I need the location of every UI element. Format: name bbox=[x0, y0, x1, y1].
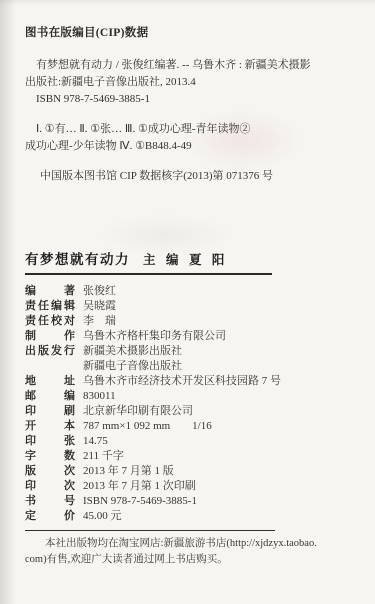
cip-description: 有梦想就有动力 / 张俊红编著. -- 乌鲁木齐 : 新疆美术摄影 出版社:新疆… bbox=[25, 57, 355, 108]
colophon-label: 定价 bbox=[25, 509, 75, 524]
colophon-label: 出版发行 bbox=[25, 344, 75, 359]
colophon-value: 北京新华印刷有限公司 bbox=[83, 404, 193, 419]
colophon-label: 编著 bbox=[25, 284, 75, 299]
colophon-value: 211 千字 bbox=[83, 449, 124, 464]
colophon-row: 书号 ISBN 978-7-5469-3885-1 bbox=[25, 494, 355, 509]
colophon-label: 书号 bbox=[25, 494, 75, 509]
title-row: 有梦想就有动力 主 编 夏 阳 bbox=[25, 248, 272, 275]
colophon-row: 新疆电子音像出版社 bbox=[25, 359, 355, 374]
colophon-list: 编著 张俊红 责任编辑 吴晓霞 责任校对 李 瑞 制作 乌鲁木齐格杆集印务有限公… bbox=[25, 284, 355, 524]
cip-section: 图书在版编目(CIP)数据 有梦想就有动力 / 张俊红编著. -- 乌鲁木齐 :… bbox=[25, 24, 355, 185]
footer-divider bbox=[25, 530, 275, 531]
colophon-label: 责任校对 bbox=[25, 314, 75, 329]
colophon-value: 张俊红 bbox=[83, 284, 116, 299]
cip-description-line2: 出版社:新疆电子音像出版社, 2013.4 bbox=[25, 74, 355, 91]
colophon-row: 字数 211 千字 bbox=[25, 449, 355, 464]
colophon-label: 印张 bbox=[25, 434, 75, 449]
colophon-value: 14.75 bbox=[83, 434, 108, 449]
colophon-value: 吴晓霞 bbox=[83, 299, 116, 314]
cip-classification: Ⅰ. ①有… Ⅱ. ①张… Ⅲ. ①成功心理-青年读物② 成功心理-少年读物 Ⅳ… bbox=[25, 121, 355, 155]
colophon-value: 830011 bbox=[83, 389, 116, 404]
colophon-row: 印张 14.75 bbox=[25, 434, 355, 449]
book-title: 有梦想就有动力 bbox=[25, 248, 130, 268]
colophon-label bbox=[25, 359, 75, 374]
colophon-row: 编著 张俊红 bbox=[25, 284, 355, 299]
colophon-row: 版次 2013 年 7 月第 1 版 bbox=[25, 464, 355, 479]
colophon-label: 字数 bbox=[25, 449, 75, 464]
colophon-label: 制作 bbox=[25, 329, 75, 344]
colophon-row: 出版发行 新疆美术摄影出版社 bbox=[25, 344, 355, 359]
colophon-value: 787 mm×1 092 mm 1/16 bbox=[83, 419, 212, 434]
colophon-label: 邮编 bbox=[25, 389, 75, 404]
footer-note-line2: com)有售,欢迎广大读者通过网上书店购买。 bbox=[25, 552, 321, 568]
cip-record-line: 中国版本图书馆 CIP 数据核字(2013)第 071376 号 bbox=[25, 168, 355, 185]
colophon-value: ISBN 978-7-5469-3885-1 bbox=[83, 494, 197, 509]
colophon-value: 李 瑞 bbox=[83, 314, 116, 329]
footer-note: 本社出版物均在淘宝网店:新疆旅游书店(http://xjdzyx.taobao.… bbox=[25, 536, 321, 568]
footer-note-line1: 本社出版物均在淘宝网店:新疆旅游书店(http://xjdzyx.taobao. bbox=[25, 536, 321, 552]
colophon-row: 印次 2013 年 7 月第 1 次印刷 bbox=[25, 479, 355, 494]
copyright-page: 图书在版编目(CIP)数据 有梦想就有动力 / 张俊红编著. -- 乌鲁木齐 :… bbox=[0, 0, 375, 568]
colophon-row: 开本 787 mm×1 092 mm 1/16 bbox=[25, 419, 355, 434]
cip-heading: 图书在版编目(CIP)数据 bbox=[25, 24, 355, 40]
colophon-row: 责任校对 李 瑞 bbox=[25, 314, 355, 329]
colophon-value: 45.00 元 bbox=[83, 509, 122, 524]
colophon-row: 邮编 830011 bbox=[25, 389, 355, 404]
colophon-label: 印次 bbox=[25, 479, 75, 494]
cip-classification-line2: 成功心理-少年读物 Ⅳ. ①B848.4-49 bbox=[25, 138, 355, 155]
colophon-value: 2013 年 7 月第 1 次印刷 bbox=[83, 479, 196, 494]
colophon-value: 2013 年 7 月第 1 版 bbox=[83, 464, 174, 479]
chief-editor: 主 编 夏 阳 bbox=[143, 250, 226, 268]
colophon-row: 定价 45.00 元 bbox=[25, 509, 355, 524]
colophon-label: 责任编辑 bbox=[25, 299, 75, 314]
colophon-value: 新疆美术摄影出版社 bbox=[83, 344, 182, 359]
colophon-row: 责任编辑 吴晓霞 bbox=[25, 299, 355, 314]
colophon-label: 开本 bbox=[25, 419, 75, 434]
colophon-value: 新疆电子音像出版社 bbox=[83, 359, 182, 374]
colophon-row: 制作 乌鲁木齐格杆集印务有限公司 bbox=[25, 329, 355, 344]
cip-classification-line1: Ⅰ. ①有… Ⅱ. ①张… Ⅲ. ①成功心理-青年读物② bbox=[25, 121, 355, 138]
cip-description-line1: 有梦想就有动力 / 张俊红编著. -- 乌鲁木齐 : 新疆美术摄影 bbox=[25, 57, 355, 74]
colophon-label: 版次 bbox=[25, 464, 75, 479]
colophon-row: 地址 乌鲁木齐市经济技术开发区科技园路 7 号 bbox=[25, 374, 355, 389]
colophon-value: 乌鲁木齐市经济技术开发区科技园路 7 号 bbox=[83, 374, 281, 389]
colophon-row: 印刷 北京新华印刷有限公司 bbox=[25, 404, 355, 419]
colophon-value: 乌鲁木齐格杆集印务有限公司 bbox=[83, 329, 226, 344]
colophon-label: 印刷 bbox=[25, 404, 75, 419]
cip-isbn-line: ISBN 978-7-5469-3885-1 bbox=[25, 91, 355, 108]
colophon-label: 地址 bbox=[25, 374, 75, 389]
